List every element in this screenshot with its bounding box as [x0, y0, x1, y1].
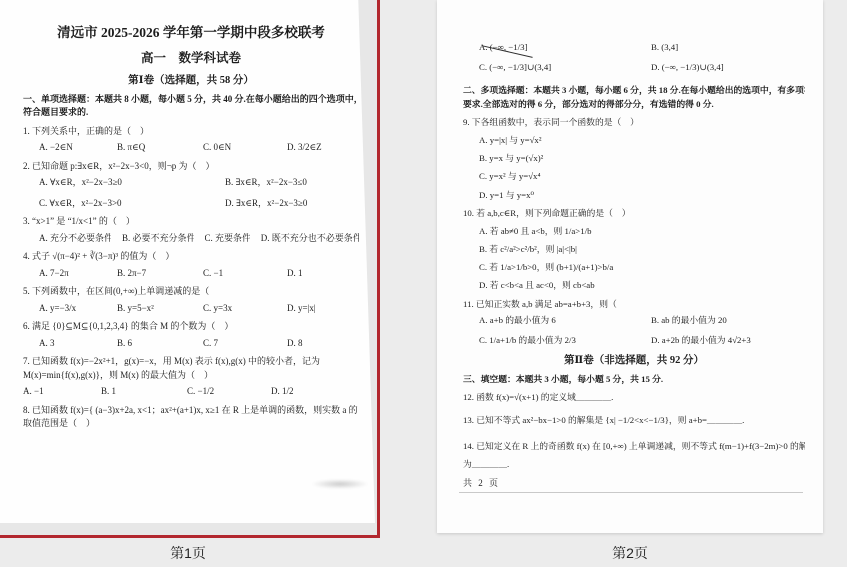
option: C. y=x² 与 y=√x⁴	[463, 170, 805, 183]
question-13: 13. 已知不等式 ax²−bx−1>0 的解集是 {x| −1/2<x<−1/…	[463, 414, 805, 427]
question-2: 2. 已知命题 p:∃x∈R，x²−2x−3<0，则¬p 为（ ） A. ∀x∈…	[23, 160, 359, 211]
option: B. (3,4]	[651, 41, 805, 54]
page1-content: 清远市 2025-2026 学年第一学期中段多校联考 高一 数学科试卷 第Ⅰ卷（…	[0, 0, 375, 431]
option: D. 1/2	[271, 385, 359, 399]
part1-intro-line2: 符合题目要求的.	[23, 106, 359, 120]
option: D. y=|x|	[287, 302, 359, 316]
question-stem: 3. “x>1” 是 “1/x<1” 的（ ）	[23, 215, 359, 229]
option: D. 若 c<b<a 且 ac<0，则 cb<ab	[463, 279, 805, 292]
option: B. 若 c²/a²>c²/b²，则 |a|<|b|	[463, 243, 805, 256]
question-options: A. a+b 的最小值为 6 B. ab 的最小值为 20 C. 1/a+1/b…	[463, 314, 805, 347]
page-count-footer: 共 2 页	[463, 476, 500, 489]
option: B. y=5−x²	[117, 302, 203, 316]
exam-title: 清远市 2025-2026 学年第一学期中段多校联考	[23, 23, 359, 43]
question-11: 11. 已知正实数 a,b 满足 ab=a+b+3，则（ A. a+b 的最小值…	[463, 298, 805, 348]
option: A. ∀x∈R，x²−2x−3≥0	[39, 176, 225, 190]
option: A. 7−2π	[39, 267, 117, 281]
section2-header: 第Ⅱ卷（非选择题，共 92 分）	[463, 353, 805, 369]
option: D. 8	[287, 337, 359, 351]
option: D. ∃x∈R，x²−2x−3≥0	[225, 197, 359, 211]
question-5: 5. 下列函数中，在区间(0,+∞)上单调递减的是（ A. y=−3/x B. …	[23, 285, 359, 315]
question-stem: 8. 已知函数 f(x)={ (a−3)x+2a, x<1；ax²+(a+1)x…	[23, 404, 359, 431]
question-stem: 1. 下列关系中，正确的是（ ）	[23, 125, 359, 139]
page1-label: 第1页	[0, 543, 376, 563]
document-viewer: 清远市 2025-2026 学年第一学期中段多校联考 高一 数学科试卷 第Ⅰ卷（…	[0, 0, 847, 567]
question-7: 7. 已知函数 f(x)=−2x²+1，g(x)=−x，用 M(x) 表示 f(…	[23, 355, 359, 399]
exam-subtitle: 高一 数学科试卷	[23, 49, 359, 68]
option: B. 6	[117, 337, 203, 351]
page1-selection-frame: 清远市 2025-2026 学年第一学期中段多校联考 高一 数学科试卷 第Ⅰ卷（…	[0, 0, 380, 538]
question-options: A. y=−3/x B. y=5−x² C. y=3x D. y=|x|	[23, 302, 359, 316]
option: C. 充要条件	[205, 232, 250, 246]
question-options: A. 充分不必要条件 B. 必要不充分条件 C. 充要条件 D. 既不充分也不必…	[23, 232, 359, 246]
scan-shadow	[311, 479, 369, 489]
option: A. 若 ab≠0 且 a<b，则 1/a>1/b	[463, 225, 805, 238]
option: A. a+b 的最小值为 6	[479, 314, 651, 327]
option: D. 3/2∈Z	[287, 141, 359, 155]
option: C. y=3x	[203, 302, 287, 316]
question-stem: 7. 已知函数 f(x)=−2x²+1，g(x)=−x，用 M(x) 表示 f(…	[23, 355, 359, 382]
question-stem: 4. 式子 √(π−4)² + ∛(3−π)³ 的值为（ ）	[23, 250, 359, 264]
option: A. 充分不必要条件	[39, 232, 111, 246]
option: D. 既不充分也不必要条件	[261, 232, 359, 246]
part2-intro-line1: 二、多项选择题：本题共 3 小题，每小题 6 分，共 18 分.在每小题给出的选…	[463, 84, 805, 97]
option: D. (−∞, −1/3)∪(3,4]	[651, 61, 805, 74]
question-options: A. 3 B. 6 C. 7 D. 8	[23, 337, 359, 351]
question-stem: 5. 下列函数中，在区间(0,+∞)上单调递减的是（	[23, 285, 359, 299]
question-options: A. −2∈N B. π∈Q C. 0∈N D. 3/2∈Z	[23, 141, 359, 155]
part3-intro: 三、填空题：本题共 3 小题，每小题 5 分，共 15 分.	[463, 373, 805, 386]
option: C. −1/2	[187, 385, 271, 399]
option: D. y=1 与 y=x⁰	[463, 189, 805, 202]
part1-intro-line1: 一、单项选择题：本题共 8 小题，每小题 5 分，共 40 分.在每小题给出的四…	[23, 93, 359, 107]
question-1: 1. 下列关系中，正确的是（ ） A. −2∈N B. π∈Q C. 0∈N D…	[23, 125, 359, 155]
option: C. 0∈N	[203, 141, 287, 155]
question-stem: 10. 若 a,b,c∈R，则下列命题正确的是（ ）	[463, 207, 805, 220]
option: C. (−∞, −1/3]∪(3,4]	[479, 61, 651, 74]
question-options: A. 7−2π B. 2π−7 C. −1 D. 1	[23, 267, 359, 281]
question-14-line2: 为＿＿＿＿.	[463, 458, 805, 471]
question-9: 9. 下各组函数中，表示同一个函数的是（ ） A. y=|x| 与 y=√x² …	[463, 116, 805, 202]
option: B. ∃x∈R，x²−2x−3≤0	[225, 176, 359, 190]
option: B. π∈Q	[117, 141, 203, 155]
question-stem: 6. 满足 {0}⊆M⊆{0,1,2,3,4} 的集合 M 的个数为（ ）	[23, 320, 359, 334]
option: A. −2∈N	[39, 141, 117, 155]
question-options: A. −1 B. 1 C. −1/2 D. 1/2	[23, 385, 359, 399]
option: B. 2π−7	[117, 267, 203, 281]
question-options: A. ∀x∈R，x²−2x−3≥0 B. ∃x∈R，x²−2x−3≤0 C. ∀…	[23, 176, 359, 210]
question-options: A. 若 ab≠0 且 a<b，则 1/a>1/b B. 若 c²/a²>c²/…	[463, 225, 805, 293]
option: C. ∀x∈R，x²−2x−3>0	[39, 197, 225, 211]
question-14-line1: 14. 已知定义在 R 上的奇函数 f(x) 在 [0,+∞) 上单调递减，则不…	[463, 440, 805, 453]
option: B. 1	[101, 385, 187, 399]
option: D. a+2b 的最小值为 4√2+3	[651, 334, 805, 347]
question-6: 6. 满足 {0}⊆M⊆{0,1,2,3,4} 的集合 M 的个数为（ ） A.…	[23, 320, 359, 350]
option: B. ab 的最小值为 20	[651, 314, 805, 327]
question8-options: A. (−∞, −1/3] B. (3,4] C. (−∞, −1/3]∪(3,…	[463, 41, 805, 74]
question-10: 10. 若 a,b,c∈R，则下列命题正确的是（ ） A. 若 ab≠0 且 a…	[463, 207, 805, 293]
option: A. y=|x| 与 y=√x²	[463, 134, 805, 147]
question-options: A. y=|x| 与 y=√x² B. y=x 与 y=(√x)² C. y=x…	[463, 134, 805, 202]
question-4: 4. 式子 √(π−4)² + ∛(3−π)³ 的值为（ ） A. 7−2π B…	[23, 250, 359, 280]
question-stem: 9. 下各组函数中，表示同一个函数的是（ ）	[463, 116, 805, 129]
page2-label: 第2页	[437, 543, 823, 563]
option: A. 3	[39, 337, 117, 351]
question-stem: 2. 已知命题 p:∃x∈R，x²−2x−3<0，则¬p 为（ ）	[23, 160, 359, 174]
option: B. y=x 与 y=(√x)²	[463, 152, 805, 165]
option: C. 若 1/a>1/b>0，则 (b+1)/(a+1)>b/a	[463, 261, 805, 274]
part2-intro-line2: 要求.全部选对的得 6 分，部分选对的得部分分，有选错的得 0 分.	[463, 98, 805, 111]
section1-header: 第Ⅰ卷（选择题，共 58 分）	[23, 73, 359, 89]
question-3: 3. “x>1” 是 “1/x<1” 的（ ） A. 充分不必要条件 B. 必要…	[23, 215, 359, 245]
option: D. 1	[287, 267, 359, 281]
option: B. 必要不充分条件	[122, 232, 194, 246]
question-stem: 11. 已知正实数 a,b 满足 ab=a+b+3，则（	[463, 298, 805, 311]
footer-divider	[459, 492, 803, 493]
option: A. y=−3/x	[39, 302, 117, 316]
page2-sheet[interactable]: A. (−∞, −1/3] B. (3,4] C. (−∞, −1/3]∪(3,…	[437, 0, 823, 533]
page2-content: A. (−∞, −1/3] B. (3,4] C. (−∞, −1/3]∪(3,…	[437, 0, 823, 471]
option: C. 1/a+1/b 的最小值为 2/3	[479, 334, 651, 347]
question-12: 12. 函数 f(x)=√(x+1) 的定义域＿＿＿＿.	[463, 391, 805, 404]
page1-sheet[interactable]: 清远市 2025-2026 学年第一学期中段多校联考 高一 数学科试卷 第Ⅰ卷（…	[0, 0, 375, 523]
option: A. −1	[23, 385, 101, 399]
question-8: 8. 已知函数 f(x)={ (a−3)x+2a, x<1；ax²+(a+1)x…	[23, 404, 359, 431]
option: C. 7	[203, 337, 287, 351]
option: C. −1	[203, 267, 287, 281]
